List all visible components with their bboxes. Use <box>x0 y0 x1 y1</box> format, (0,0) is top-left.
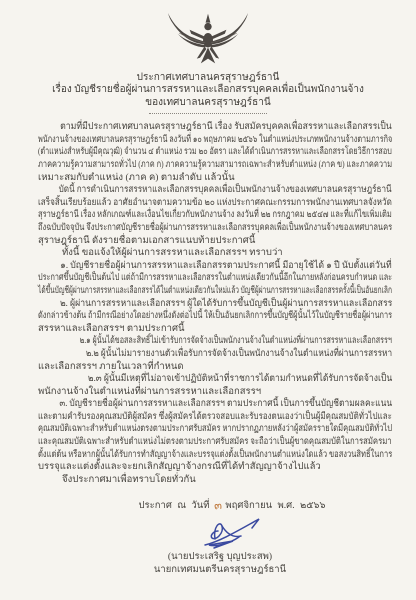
announcement-org-line: ประกาศเทศบาลนครสุราษฎร์ธานี <box>0 72 416 84</box>
text-line: ได้ขึ้นบัญชีผู้ผ่านการสรรหาและเลือกสรรได… <box>38 285 284 298</box>
list-item-1: ๑. บัญชีรายชื่อผู้ผ่านการสรรหาและเลือกสร… <box>38 260 392 298</box>
text-line: สรรหาและเลือกสรรฯ ตามประกาศนี้ <box>38 323 392 336</box>
document-page: ประกาศเทศบาลนครสุราษฎร์ธานี เรื่อง บัญชี… <box>0 0 416 600</box>
paragraph-authority: บัดนี้ การดำเนินการสรรหาและเลือกสรรบุคคล… <box>38 184 392 247</box>
text-line: ตามที่มีประกาศเทศบาลนครสุราษฎร์ธานี เรื่… <box>38 121 363 134</box>
text-line: ตั้งแต่ต้น หรือหากผู้นั้นได้รับการทำสัญญ… <box>38 449 319 462</box>
list-item-2-2: ๒.๒ ผู้นั้นไม่มารายงานตัวเพื่อรับการจัดจ… <box>38 348 392 373</box>
text-line: และคุณสมบัติเฉพาะสำหรับตำแหน่งไม่ตรงตามป… <box>38 436 325 449</box>
text-line: ถึงฉบับปัจจุบัน จึงประกาศบัญชีรายชื่อผู้… <box>38 222 318 235</box>
document-body: ตามที่มีประกาศเทศบาลนครสุราษฎร์ธานี เรื่… <box>0 117 416 486</box>
signatory-block: (นายประเสริฐ บุญประสพ) นายกเทศมนตรีนครสุ… <box>0 551 416 577</box>
text-line: ภาคความรู้ความสามารถทั่วไป (ภาค ก) ภาคคว… <box>38 159 315 172</box>
paragraph-preamble: ตามที่มีประกาศเทศบาลนครสุราษฎร์ธานี เรื่… <box>38 121 392 184</box>
signatory-title: นายกเทศมนตรีนครสุราษฎร์ธานี <box>24 564 416 577</box>
header-separator <box>149 112 267 114</box>
text-line: เสร็จสิ้นเรียบร้อยแล้ว อาศัยอำนาจตามความ… <box>38 197 341 210</box>
text-line: บรรจุและแต่งตั้งและจะยกเลิกสัญญาจ้างกรณี… <box>38 461 392 474</box>
issuance-date-prefix: ประกาศ ณ วันที่ <box>139 501 210 511</box>
signature-ink-icon <box>199 515 269 551</box>
text-line: และตามคำรับรองคุณสมบัติผู้สมัคร ซึ่งผู้ส… <box>38 411 335 424</box>
text-line: จึงประกาศมาเพื่อทราบโดยทั่วกัน <box>38 474 392 487</box>
text-line: ๒. ผู้ผ่านการสรรหาและเลือกสรรฯ ผู้ใดได้ร… <box>38 298 362 311</box>
text-line: ดังกล่าวข้างต้น ถ้ามีกรณีอย่างใดอย่างหนึ… <box>38 310 312 323</box>
text-line: เหมาะสมกับตำแหน่ง (ภาค ค) ตามลำดับ แล้วน… <box>38 172 392 185</box>
list-item-3: ๓. บัญชีรายชื่อผู้ผ่านการสรรหาและเลือกสร… <box>38 398 392 474</box>
list-item-2-1: ๒.๑ ผู้นั้นได้ขอสละสิทธิ์ไม่เข้ารับการจั… <box>38 335 392 348</box>
list-item-2: ๒. ผู้ผ่านการสรรหาและเลือกสรรฯ ผู้ใดได้ร… <box>38 298 392 336</box>
text-line: ทั้งนี้ ขอแจ้งให้ผู้ผ่านการสรรหาและเลือก… <box>38 247 392 260</box>
text-line: และเลือกสรรฯ ภายในเวลาที่กำหนด <box>38 361 392 374</box>
text-line: ๓. บัญชีรายชื่อผู้ผ่านการสรรหาและเลือกสร… <box>38 398 354 411</box>
text-line: พนักงานจ้างของเทศบาลนครสุราษฎร์ธานี ลงวั… <box>38 134 308 147</box>
list-item-2-3: ๒.๓ ผู้นั้นมีเหตุที่ไม่อาจเข้าปฏิบัติหน้… <box>38 373 392 398</box>
announcement-subject-line: เรื่อง บัญชีรายชื่อผู้ผ่านการสรรหาและเลื… <box>0 84 416 96</box>
text-line: ๒.๒ ผู้นั้นไม่มารายงานตัวเพื่อรับการจัดจ… <box>38 348 346 361</box>
text-line: สุราษฎร์ธานี เรื่อง หลักเกณฑ์และเงื่อนไข… <box>38 209 317 222</box>
issuance-date-line: ประกาศ ณ วันที่๓พฤศจิกายน พ.ศ. ๒๕๖๖ <box>0 496 416 514</box>
text-line: ๒.๓ ผู้นั้นมีเหตุที่ไม่อาจเข้าปฏิบัติหน้… <box>38 373 359 386</box>
announcement-org-line2: ของเทศบาลนครสุราษฎร์ธานี <box>0 97 416 109</box>
text-line: (ตำแหน่งสำหรับผู้มีคุณวุฒิ) จำนวน ๔ ตำแห… <box>38 146 307 159</box>
signature-area <box>0 515 416 551</box>
garuda-emblem-icon <box>160 12 256 70</box>
text-line: ประกาศขึ้นบัญชีเป็นต้นไป แต่ถ้ามีการสรรห… <box>38 272 309 285</box>
handwritten-day-numeral: ๓ <box>213 497 222 516</box>
signatory-name: (นายประเสริฐ บุญประสพ) <box>24 551 416 564</box>
text-line: ๒.๑ ผู้นั้นได้ขอสละสิทธิ์ไม่เข้ารับการจั… <box>38 335 306 348</box>
issuance-date-suffix: พฤศจิกายน พ.ศ. ๒๕๖๖ <box>225 501 325 511</box>
text-line: พนักงานจ้างในตำแหน่งที่ผ่านการสรรหาและเล… <box>38 386 392 399</box>
text-line: สุราษฎร์ธานี ดังรายชื่อตามเอกสารแนบท้ายป… <box>38 235 392 248</box>
paragraph-closing: จึงประกาศมาเพื่อทราบโดยทั่วกัน <box>38 474 392 487</box>
text-line: คุณสมบัติเฉพาะสำหรับตำแหน่งตรงตามประกาศร… <box>38 423 318 436</box>
text-line: บัดนี้ การดำเนินการสรรหาและเลือกสรรบุคคล… <box>38 184 342 197</box>
document-header: ประกาศเทศบาลนครสุราษฎร์ธานี เรื่อง บัญชี… <box>0 72 416 109</box>
text-line: ๑. บัญชีรายชื่อผู้ผ่านการสรรหาและเลือกสร… <box>38 260 366 273</box>
paragraph-notice: ทั้งนี้ ขอแจ้งให้ผู้ผ่านการสรรหาและเลือก… <box>38 247 392 260</box>
